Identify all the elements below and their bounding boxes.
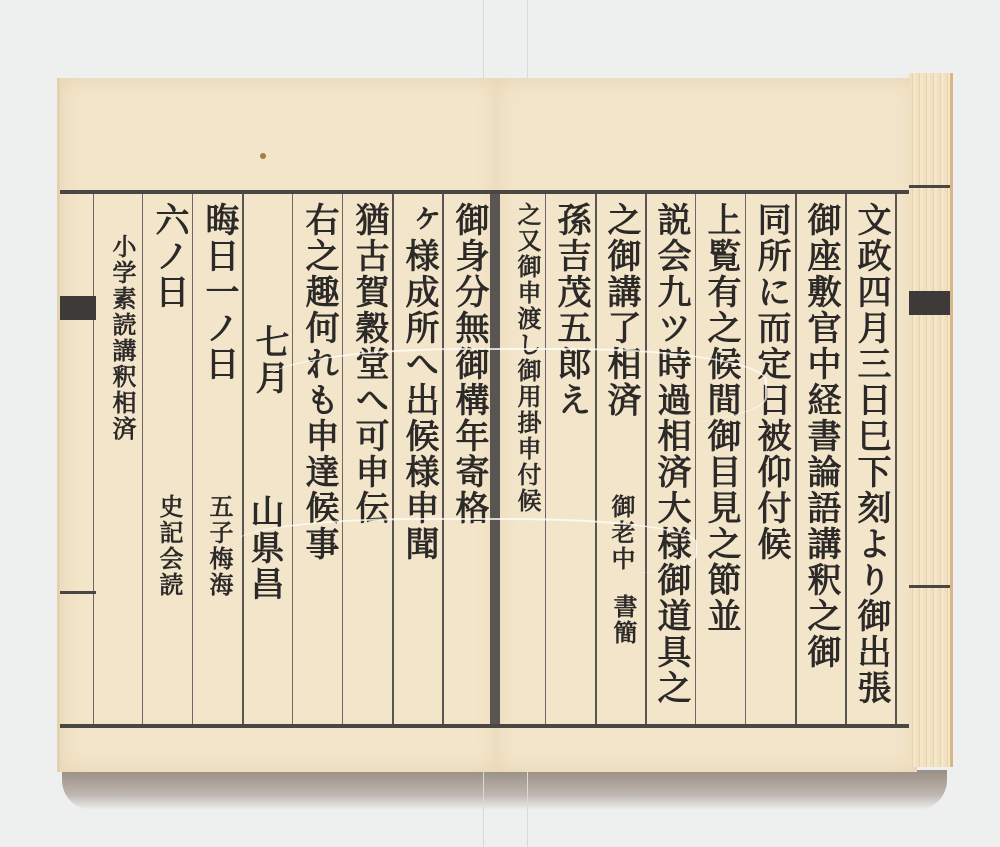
text-column: 之又御申渡し御用掛申付候 [503,202,551,716]
text-column: ヶ様成所へ出候様申聞 [395,202,443,716]
text-column: 猶古賀穀堂へ可申伝 [345,202,393,716]
text-column: 御身分無御構年寄格 [445,202,493,716]
binding-thread-mark [909,291,950,315]
binding-line-mark [60,591,96,594]
text-column: 同所に而定日被仰付候 [747,202,795,716]
text-column: 説会九ツ時過相済大様御道具之 [647,202,695,716]
text-column: 孫吉茂五郎え [547,202,595,716]
right-page: 文政四月三日巳下刻より御出張 御座敷官中経書論語講釈之御 同所に而定日被仰付候 … [495,78,917,772]
right-page-text-frame: 文政四月三日巳下刻より御出張 御座敷官中経書論語講釈之御 同所に而定日被仰付候 … [495,190,917,728]
column-rule [695,194,696,724]
book-fore-edge [909,73,953,767]
text-column: 史記会読 [145,494,193,716]
column-rule [895,194,897,724]
text-column: 上覧有之候間御目見之節並 [697,202,745,716]
column-rule [93,194,94,724]
text-column: 書簡 [599,594,647,716]
left-page-text-frame: 御身分無御構年寄格 ヶ様成所へ出候様申聞 猶古賀穀堂へ可申伝 右之趣何れも申達候… [60,190,498,728]
text-column: 文政四月三日巳下刻より御出張 [847,202,895,716]
paper-wormhole-damage [265,348,767,430]
text-column: 五子梅海 [195,494,243,716]
text-column: 右之趣何れも申達候事 [295,202,343,716]
binding-line-mark [909,585,950,588]
paper-spot [260,153,266,159]
text-column: 小学素読講釈相済 [98,234,146,716]
book-shadow [62,770,947,810]
binding-thread-mark [60,296,96,320]
column-rule [745,194,746,724]
frame-border-left [495,194,500,724]
text-column: 御座敷官中経書論語講釈之御 [797,202,845,716]
paper-wormhole-damage [235,518,697,580]
binding-line-mark [909,185,950,188]
